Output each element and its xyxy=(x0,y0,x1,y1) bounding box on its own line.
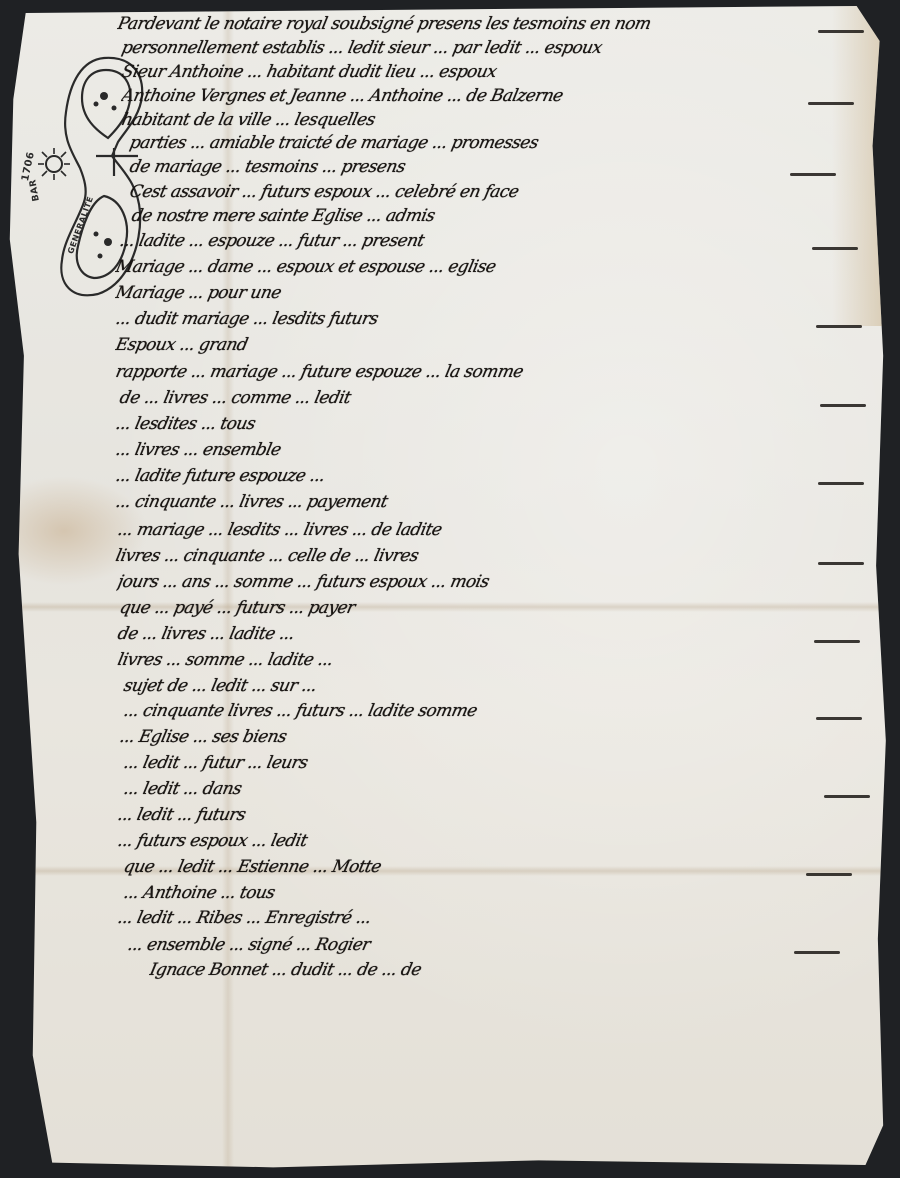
manuscript-line: ... ladite future espouze ... xyxy=(114,466,880,486)
manuscript-line: ... ensemble ... signé ... Rogier xyxy=(126,935,856,955)
manuscript-line: ... lesdites ... tous xyxy=(114,414,880,434)
manuscript-line: parties ... amiable traicté de mariage .… xyxy=(128,133,852,153)
manuscript-line: Cest assavoir ... futurs espoux ... cele… xyxy=(128,182,856,202)
manuscript-line: de mariage ... tesmoins ... presens xyxy=(128,157,852,177)
line-flourish xyxy=(808,102,854,105)
line-flourish xyxy=(818,562,864,565)
manuscript-line: jours ... ans ... somme ... futurs espou… xyxy=(116,572,876,592)
line-flourish xyxy=(824,795,870,798)
manuscript-line: Ignace Bonnet ... dudit ... de ... de xyxy=(148,960,712,980)
manuscript-line: Pardevant le notaire royal soubsigné pre… xyxy=(116,14,880,34)
line-flourish xyxy=(814,640,860,643)
line-flourish xyxy=(816,717,862,720)
manuscript-line: Sieur Anthoine ... habitant dudit lieu .… xyxy=(120,62,866,82)
line-flourish xyxy=(818,30,864,33)
manuscript-line: ... mariage ... lesdits ... livres ... d… xyxy=(116,520,882,540)
line-flourish xyxy=(812,247,858,250)
manuscript-line: ... dudit mariage ... lesdits futurs xyxy=(114,309,878,329)
manuscript-line: ... Anthoine ... tous xyxy=(122,883,870,903)
line-flourish xyxy=(818,482,864,485)
manuscript-line: de ... livres ... ladite ... xyxy=(116,624,876,644)
manuscript-line: ... ledit ... futur ... leurs xyxy=(122,753,870,773)
manuscript-line: ... cinquante ... livres ... payement xyxy=(114,492,880,512)
manuscript-line: ... futurs espoux ... ledit xyxy=(116,831,878,851)
manuscript-line: ... ledit ... futurs xyxy=(116,805,880,825)
manuscript-line: de nostre mere sainte Eglise ... admis xyxy=(130,206,856,226)
manuscript-line: ... cinquante livres ... futurs ... ladi… xyxy=(122,701,878,721)
manuscript-page: 1706 BAR GENERALITE Pardevant le notaire… xyxy=(8,6,892,1172)
manuscript-line: de ... livres ... comme ... ledit xyxy=(118,388,882,408)
manuscript-line: Espoux ... grand xyxy=(114,335,882,355)
manuscript-line: sujet de ... ledit ... sur ... xyxy=(122,676,878,696)
manuscript-line: que ... payé ... futurs ... payer xyxy=(118,598,882,618)
manuscript-text-block: Pardevant le notaire royal soubsigné pre… xyxy=(8,6,892,1172)
manuscript-line: ... ladite ... espouze ... futur ... pre… xyxy=(118,231,874,251)
manuscript-line: livres ... somme ... ladite ... xyxy=(116,650,876,670)
line-flourish xyxy=(806,873,852,876)
manuscript-line: Mariage ... pour une xyxy=(114,283,878,303)
manuscript-line: personnellement establis ... ledit sieur… xyxy=(120,38,864,58)
line-flourish xyxy=(820,404,866,407)
manuscript-line: habitant de la ville ... lesquelles xyxy=(120,110,876,130)
manuscript-line: ... ledit ... Ribes ... Enregistré ... xyxy=(116,908,884,928)
manuscript-line: ... livres ... ensemble xyxy=(114,440,878,460)
line-flourish xyxy=(816,325,862,328)
manuscript-line: ... ledit ... dans xyxy=(122,779,886,799)
manuscript-line: rapporte ... mariage ... future espouze … xyxy=(114,362,882,382)
manuscript-line: Anthoine Vergnes et Jeanne ... Anthoine … xyxy=(120,86,870,106)
manuscript-line: que ... ledit ... Estienne ... Motte xyxy=(122,857,868,877)
manuscript-line: Mariage ... dame ... espoux et espouse .… xyxy=(114,257,878,277)
manuscript-line: livres ... cinquante ... celle de ... li… xyxy=(114,546,880,566)
manuscript-line: ... Eglise ... ses biens xyxy=(118,727,878,747)
line-flourish xyxy=(794,951,840,954)
line-flourish xyxy=(790,173,836,176)
